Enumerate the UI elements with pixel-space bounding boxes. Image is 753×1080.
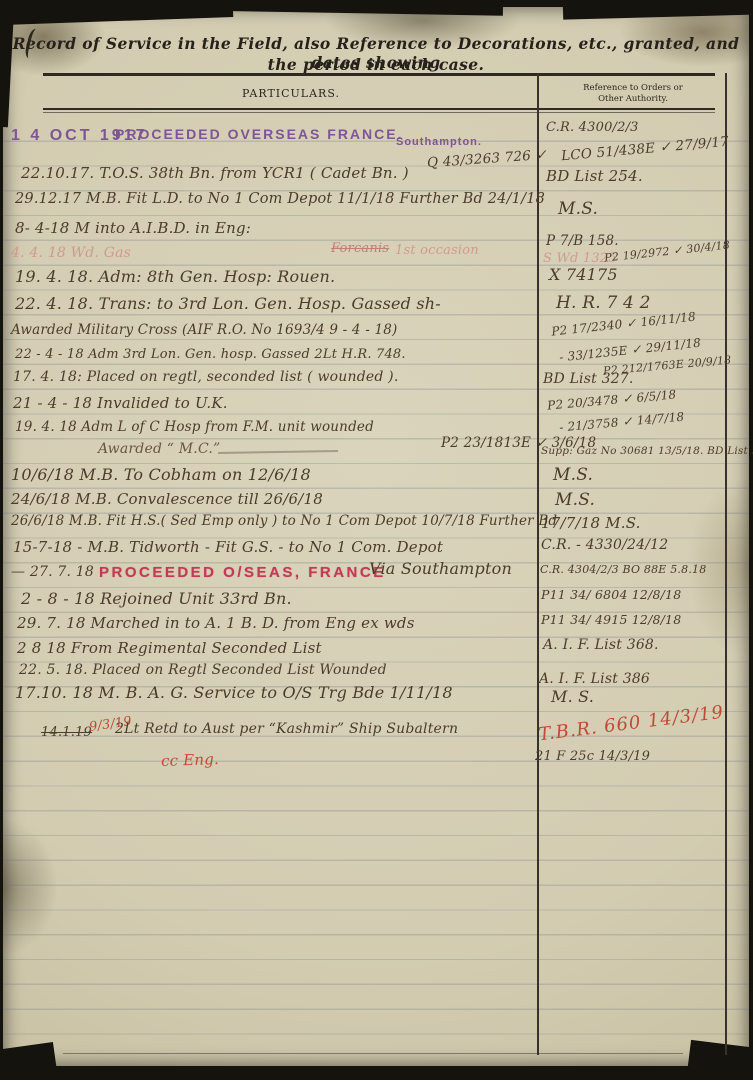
ref-lco: LCO 51/438E ✓ 27/9/17 (561, 134, 730, 165)
proceeded-overseas-stamp: PROCEEDED OVERSEAS FRANCE. (115, 126, 403, 142)
entry-from-regimental-list: 2 8 18 From Regimental Seconded List (17, 639, 322, 657)
entry-taken-on-strength: 22.10.17. T.O.S. 38th Bn. from YCR1 ( Ca… (21, 164, 409, 182)
ref-cr-4304: C.R. 4304/2/3 BO 88E 5.8.18 (540, 563, 706, 576)
entry-marched-into-aibd: 8- 4-18 M into A.I.B.D. in Eng: (15, 219, 251, 237)
header-rule-bottom-2 (43, 112, 715, 113)
ref-ms-1: M.S. (558, 199, 598, 219)
entry-gas-occasion: 1st occasion (395, 243, 479, 258)
ref-p2-3478: P2 20/3478 ✓ 6/5/18 (547, 387, 677, 412)
entry-seconded-list-wounded: 17. 4. 18: Placed on regtl, seconded lis… (13, 369, 399, 385)
entry-mb-convalescence: 24/6/18 M.B. Convalescence till 26/6/18 (11, 490, 323, 508)
entry-transferred-london-hosp: 22. 4. 18. Trans: to 3rd Lon. Gen. Hosp.… (15, 294, 441, 313)
entry-placed-seconded-wounded: 22. 5. 18. Placed on Regtl Seconded List… (19, 662, 387, 678)
entry-via-southampton: Via Southampton (369, 559, 512, 578)
entry-medical-board-dec17: 29.12.17 M.B. Fit L.D. to No 1 Com Depot… (15, 191, 545, 207)
ref-ms-3: M.S. (555, 490, 595, 510)
column-divider (537, 73, 539, 1055)
entry-gas-struck-word: Forcanis (331, 241, 389, 256)
entry-admitted-3rd-london: 22 - 4 - 18 Adm 3rd Lon. Gen. hosp. Gass… (15, 347, 406, 362)
faded-erasure (218, 450, 338, 454)
ref-gazette-supp: Supp: Gaz No 30681 13/5/18. BD List 332. (541, 445, 753, 457)
entry-mb-tidworth: 15-7-18 - M.B. Tidworth - Fit G.S. - to … (13, 538, 443, 556)
entry-mb-cobham: 10/6/18 M.B. To Cobham on 12/6/18 (11, 465, 311, 484)
ref-ms-5: M. S. (551, 687, 594, 706)
entry-awarded-military-cross: Awarded Military Cross (AIF R.O. No 1693… (11, 322, 398, 338)
entry-admitted-lofc-hosp: 19. 4. 18 Adm L of C Hosp from F.M. unit… (15, 419, 374, 435)
ref-cr-4300: C.R. 4300/2/3 (546, 120, 639, 135)
ref-ms-4: 17/7/18 M.S. (541, 514, 641, 532)
ref-ms-2: M.S. (553, 465, 593, 485)
bottom-edge-line (63, 1053, 683, 1054)
ref-3758: - 21/3758 ✓ 14/7/18 (559, 410, 685, 435)
entry-tos-midref: Q 43/3263 726 ✓ (427, 147, 548, 171)
torn-edge (563, 0, 753, 20)
ref-p2-2340: P2 17/2340 ✓ 16/11/18 (551, 309, 697, 338)
entry-cc-eng: cc Eng. (161, 750, 220, 770)
ref-tbr-660: T.B.R. 660 14/3/19 (537, 702, 725, 746)
ref-x74175: X 74175 (549, 265, 618, 284)
column-header-reference-2: Other Authority. (548, 94, 718, 104)
document-page: Record of Service in the Field, also Ref… (3, 7, 749, 1066)
ref-21f: 21 F 25c 14/3/19 (535, 749, 650, 764)
entry-ag-service: 17.10. 18 M. B. A. G. Service to O/S Trg… (15, 683, 453, 702)
entry-mb-fit-hs: 26/6/18 M.B. Fit H.S.( Sed Emp only ) to… (11, 513, 557, 529)
ref-p2-2972: P2 19/2972 ✓ 30/4/18 (604, 238, 731, 264)
torn-edge (687, 1040, 753, 1078)
entry-wounded-gas: 4. 4. 18 Wd. Gas (11, 245, 131, 261)
southampton-stamp: Southampton. (396, 136, 482, 148)
ref-p7b-158: P 7/B 158. (546, 233, 619, 249)
column-header-reference: Reference to Orders or (548, 83, 718, 93)
entry-awarded-mc-note: Awarded “ M.C.” (98, 441, 220, 457)
ref-p11-4915: P11 34/ 4915 12/8/18 (541, 612, 681, 627)
right-margin-rule (725, 73, 727, 1055)
ref-bd-list-254: BD List 254. (546, 167, 643, 185)
ref-hr-742: H. R. 7 4 2 (556, 293, 651, 313)
ref-aif-list-386: A. I. F. List 386 (539, 671, 650, 687)
torn-edge (3, 0, 233, 25)
torn-edge (183, 0, 503, 16)
entry-admitted-rouen: 19. 4. 18. Adm: 8th Gen. Hosp: Rouen. (15, 267, 335, 286)
entry-rejoined-unit: 2 - 8 - 18 Rejoined Unit 33rd Bn. (21, 589, 292, 608)
entry-invalided-uk: 21 - 4 - 18 Invalided to U.K. (13, 394, 228, 412)
ref-cr-4330: C.R. - 4330/24/12 (541, 537, 668, 553)
ref-bd-list-327: BD List 327. (543, 371, 634, 387)
header-rule-top (43, 73, 715, 76)
header-rule-bottom (43, 108, 715, 110)
entry-oseas-date: — 27. 7. 18 (11, 564, 94, 580)
page-title-line2: the period in each case. (3, 55, 749, 74)
ref-p11-6804: P11 34/ 6804 12/8/18 (541, 587, 681, 602)
entry-return-struck-date: 14.1.19 (41, 725, 92, 740)
column-header-particulars: PARTICULARS. (43, 87, 539, 100)
proceeded-oseas-france-stamp: PROCEEDED O/SEAS, FRANCE (99, 564, 386, 581)
ref-aif-list-368: A. I. F. List 368. (543, 637, 659, 653)
torn-edge (0, 1042, 57, 1076)
entry-marched-in-abd: 29. 7. 18 Marched in to A. 1 B. D. from … (17, 614, 415, 632)
entry-returned-australia: 2Lt Retd to Aust per “Kashmir” Ship Suba… (115, 721, 458, 737)
